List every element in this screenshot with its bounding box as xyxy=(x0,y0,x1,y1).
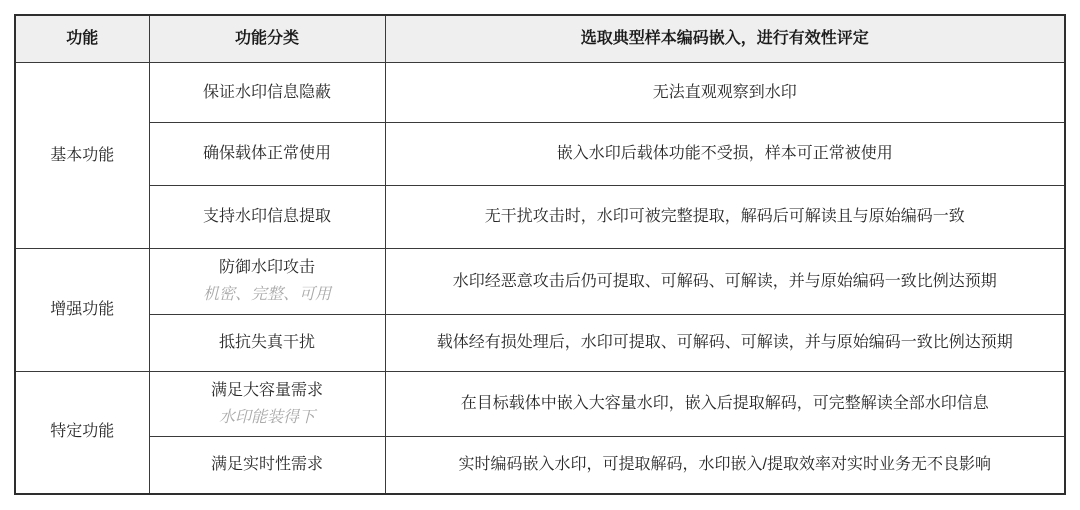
classification-label: 防御水印攻击 xyxy=(158,257,377,279)
classification-cell: 满足大容量需求水印能装得下 xyxy=(149,372,385,437)
classification-subtitle: 水印能装得下 xyxy=(158,407,377,429)
table-row: 满足实时性需求实时编码嵌入水印，可提取解码，水印嵌入/提取效率对实时业务无不良影… xyxy=(15,437,1065,494)
evaluation-cell: 无干扰攻击时，水印可被完整提取，解码后可解读且与原始编码一致 xyxy=(385,186,1065,249)
table-row: 特定功能满足大容量需求水印能装得下在目标载体中嵌入大容量水印，嵌入后提取解码，可… xyxy=(15,372,1065,437)
classification-cell: 防御水印攻击机密、完整、可用 xyxy=(149,249,385,315)
table-row: 支持水印信息提取无干扰攻击时，水印可被完整提取，解码后可解读且与原始编码一致 xyxy=(15,186,1065,249)
category-cell: 特定功能 xyxy=(15,372,149,494)
header-row: 功能功能分类选取典型样本编码嵌入，进行有效性评定 xyxy=(15,15,1065,63)
evaluation-cell: 载体经有损处理后，水印可提取、可解码、可解读，并与原始编码一致比例达预期 xyxy=(385,315,1065,372)
table-body: 基本功能保证水印信息隐蔽无法直观观察到水印确保载体正常使用嵌入水印后载体功能不受… xyxy=(15,63,1065,494)
classification-label: 支持水印信息提取 xyxy=(158,206,377,228)
evaluation-cell: 嵌入水印后载体功能不受损，样本可正常被使用 xyxy=(385,123,1065,186)
evaluation-cell: 无法直观观察到水印 xyxy=(385,63,1065,123)
evaluation-cell: 水印经恶意攻击后仍可提取、可解码、可解读，并与原始编码一致比例达预期 xyxy=(385,249,1065,315)
table-header: 功能功能分类选取典型样本编码嵌入，进行有效性评定 xyxy=(15,15,1065,63)
category-cell: 基本功能 xyxy=(15,63,149,249)
header-cell-0: 功能 xyxy=(15,15,149,63)
classification-label: 满足实时性需求 xyxy=(158,454,377,476)
classification-cell: 满足实时性需求 xyxy=(149,437,385,494)
watermark-evaluation-table: 功能功能分类选取典型样本编码嵌入，进行有效性评定 基本功能保证水印信息隐蔽无法直… xyxy=(14,14,1066,495)
classification-subtitle: 机密、完整、可用 xyxy=(158,284,377,306)
classification-cell: 保证水印信息隐蔽 xyxy=(149,63,385,123)
table-row: 抵抗失真干扰载体经有损处理后，水印可提取、可解码、可解读，并与原始编码一致比例达… xyxy=(15,315,1065,372)
classification-cell: 支持水印信息提取 xyxy=(149,186,385,249)
evaluation-cell: 在目标载体中嵌入大容量水印，嵌入后提取解码，可完整解读全部水印信息 xyxy=(385,372,1065,437)
header-cell-2: 选取典型样本编码嵌入，进行有效性评定 xyxy=(385,15,1065,63)
classification-label: 抵抗失真干扰 xyxy=(158,332,377,354)
classification-label: 确保载体正常使用 xyxy=(158,143,377,165)
header-cell-1: 功能分类 xyxy=(149,15,385,63)
classification-label: 满足大容量需求 xyxy=(158,380,377,402)
category-cell: 增强功能 xyxy=(15,249,149,372)
watermark-evaluation-page: 功能功能分类选取典型样本编码嵌入，进行有效性评定 基本功能保证水印信息隐蔽无法直… xyxy=(0,0,1080,510)
table-row: 增强功能防御水印攻击机密、完整、可用水印经恶意攻击后仍可提取、可解码、可解读，并… xyxy=(15,249,1065,315)
evaluation-cell: 实时编码嵌入水印，可提取解码，水印嵌入/提取效率对实时业务无不良影响 xyxy=(385,437,1065,494)
table-row: 基本功能保证水印信息隐蔽无法直观观察到水印 xyxy=(15,63,1065,123)
classification-cell: 确保载体正常使用 xyxy=(149,123,385,186)
classification-cell: 抵抗失真干扰 xyxy=(149,315,385,372)
classification-label: 保证水印信息隐蔽 xyxy=(158,82,377,104)
table-row: 确保载体正常使用嵌入水印后载体功能不受损，样本可正常被使用 xyxy=(15,123,1065,186)
